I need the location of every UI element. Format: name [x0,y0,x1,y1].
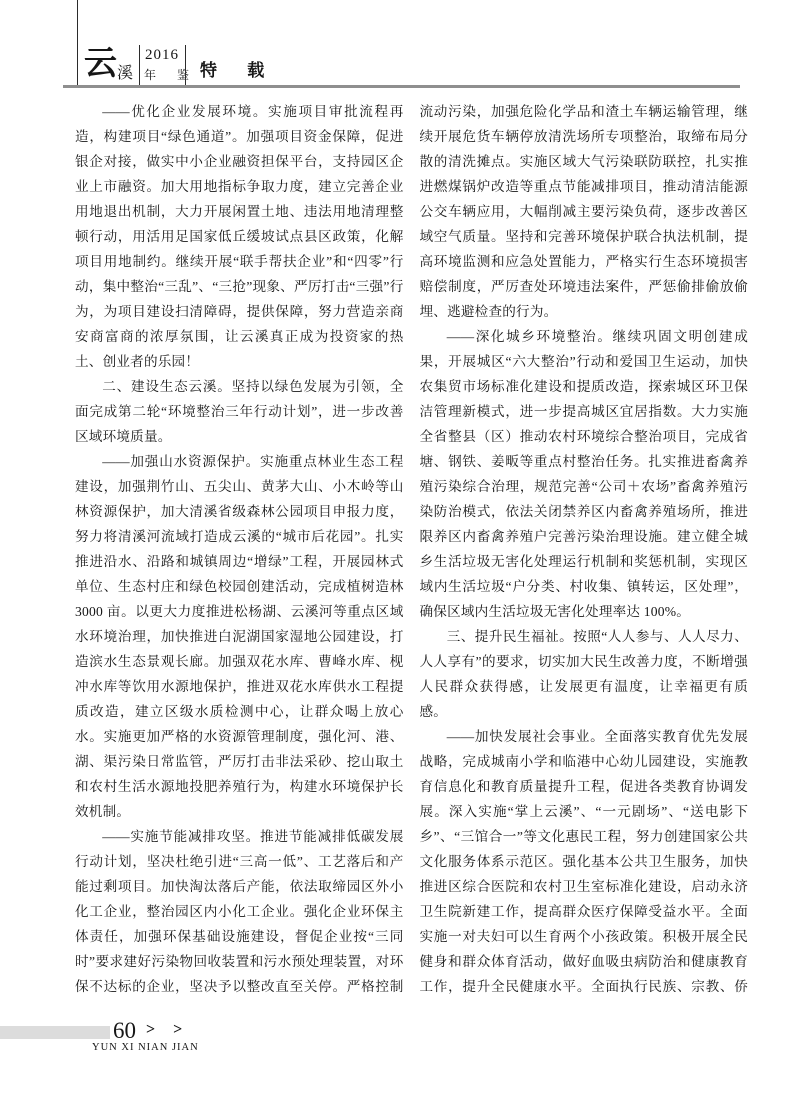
paragraph-protect-landscape-resources: ——加强山水资源保护。实施重点林业生态工程建设，加强荆竹山、五尖山、黄茅大山、小… [75,449,404,824]
footer-gray-bar [0,1026,110,1039]
paragraph-optimize-enterprise-env: ——优化企业发展环境。实施项目审批流程再造，构建项目“绿色通道”。加强项目资金保… [75,99,404,374]
header-vertical-rule [77,0,78,86]
paragraph-build-ecological-yunxi: 二、建设生态云溪。坚持以绿色发展为引领，全面完成第二轮“环境整治三年行动计划”，… [75,374,404,449]
yearbook-page: 云 溪 2016 年 鉴 特 载 ——优化企业发展环境。实施项目审批流程再造，构… [0,0,805,1099]
paragraph-urban-rural-environment: ——深化城乡环境整治。继续巩固文明创建成果，开展城区“六大整治”行动和爱国卫生运… [420,324,749,624]
article-body: ——优化企业发展环境。实施项目审批流程再造，构建项目“绿色通道”。加强项目资金保… [75,99,748,1017]
logo-char-small: 溪 [117,66,133,82]
page-number: 60 [113,1019,136,1042]
yearbook-year: 2016 [145,48,179,63]
footer-chevrons-icon: > > [146,1022,189,1038]
section-title: 特 载 [200,62,277,79]
header-divider-left [139,45,140,86]
logo-char-large: 云 [84,48,117,81]
yearbook-year-label: 年 鉴 [144,69,198,81]
header-horizontal-rule [63,85,740,88]
footer-caption: YUN XI NIAN JIAN [92,1043,199,1054]
paragraph-improve-livelihood: 三、提升民生福祉。按照“人人参与、人人尽力、人人享有”的要求，切实加大民生改善力… [420,624,749,724]
header-divider-right [185,45,186,86]
